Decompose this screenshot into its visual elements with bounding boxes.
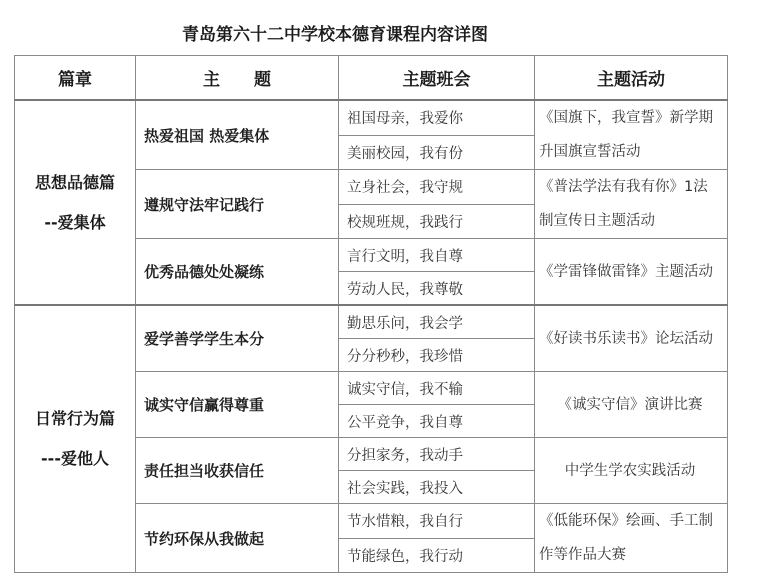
chapter-title: 日常行为篇 xyxy=(15,399,135,439)
header-theme: 主 题 xyxy=(136,56,339,101)
theme-cell: 热爱祖国 热爱集体 xyxy=(136,100,339,170)
page-title: 青岛第六十二中学校本德育课程内容详图 xyxy=(0,20,770,45)
meeting-cell: 美丽校园，我有份 xyxy=(339,135,535,170)
theme-cell: 节约环保从我做起 xyxy=(136,504,339,573)
chapter-subtitle: --爱集体 xyxy=(15,203,135,243)
activity-cell: 《普法学法有我有你》1法制宣传日主题活动 xyxy=(535,170,728,239)
header-activity: 主题活动 xyxy=(535,56,728,101)
table-header-row: 篇章 主 题 主题班会 主题活动 xyxy=(15,56,728,101)
activity-cell: 《学雷锋做雷锋》主题活动 xyxy=(535,239,728,306)
chapter-title: 思想品德篇 xyxy=(15,163,135,203)
page-title-text: 青岛第六十二中学校本德育课程内容详图 xyxy=(182,25,488,45)
meeting-cell: 勤思乐问，我会学 xyxy=(339,305,535,339)
meeting-cell: 立身社会，我守规 xyxy=(339,170,535,205)
activity-cell: 《诚实守信》演讲比赛 xyxy=(535,372,728,438)
meeting-cell: 公平竞争，我自尊 xyxy=(339,405,535,438)
meeting-cell: 社会实践，我投入 xyxy=(339,471,535,504)
chapter-subtitle: ---爱他人 xyxy=(15,439,135,479)
theme-cell: 优秀品德处处凝练 xyxy=(136,239,339,306)
header-chapter: 篇章 xyxy=(15,56,136,101)
meeting-cell: 言行文明，我自尊 xyxy=(339,239,535,272)
theme-cell: 责任担当收获信任 xyxy=(136,438,339,504)
meeting-cell: 校规班规，我践行 xyxy=(339,204,535,239)
table-row: 思想品德篇 --爱集体 热爱祖国 热爱集体 祖国母亲，我爱你 《国旗下，我宣誓》… xyxy=(15,100,728,135)
meeting-cell: 分分秒秒，我珍惜 xyxy=(339,339,535,372)
meeting-cell: 分担家务，我动手 xyxy=(339,438,535,471)
chapter-cell: 思想品德篇 --爱集体 xyxy=(15,100,136,305)
header-class-meeting: 主题班会 xyxy=(339,56,535,101)
activity-cell: 《低能环保》绘画、手工制作等作品大赛 xyxy=(535,504,728,573)
meeting-cell: 劳动人民，我尊敬 xyxy=(339,272,535,306)
meeting-cell: 节水惜粮，我自行 xyxy=(339,504,535,539)
theme-cell: 遵规守法牢记践行 xyxy=(136,170,339,239)
curriculum-table: 篇章 主 题 主题班会 主题活动 思想品德篇 --爱集体 热爱祖国 热爱集体 祖… xyxy=(14,55,728,573)
activity-cell: 中学生学农实践活动 xyxy=(535,438,728,504)
theme-cell: 诚实守信赢得尊重 xyxy=(136,372,339,438)
chapter-cell: 日常行为篇 ---爱他人 xyxy=(15,305,136,573)
meeting-cell: 节能绿色，我行动 xyxy=(339,538,535,573)
theme-cell: 爱学善学学生本分 xyxy=(136,305,339,372)
table-row: 日常行为篇 ---爱他人 爱学善学学生本分 勤思乐问，我会学 《好读书乐读书》论… xyxy=(15,305,728,339)
activity-cell: 《国旗下，我宣誓》新学期升国旗宣誓活动 xyxy=(535,100,728,170)
activity-cell: 《好读书乐读书》论坛活动 xyxy=(535,305,728,372)
meeting-cell: 诚实守信，我不输 xyxy=(339,372,535,405)
meeting-cell: 祖国母亲，我爱你 xyxy=(339,100,535,135)
